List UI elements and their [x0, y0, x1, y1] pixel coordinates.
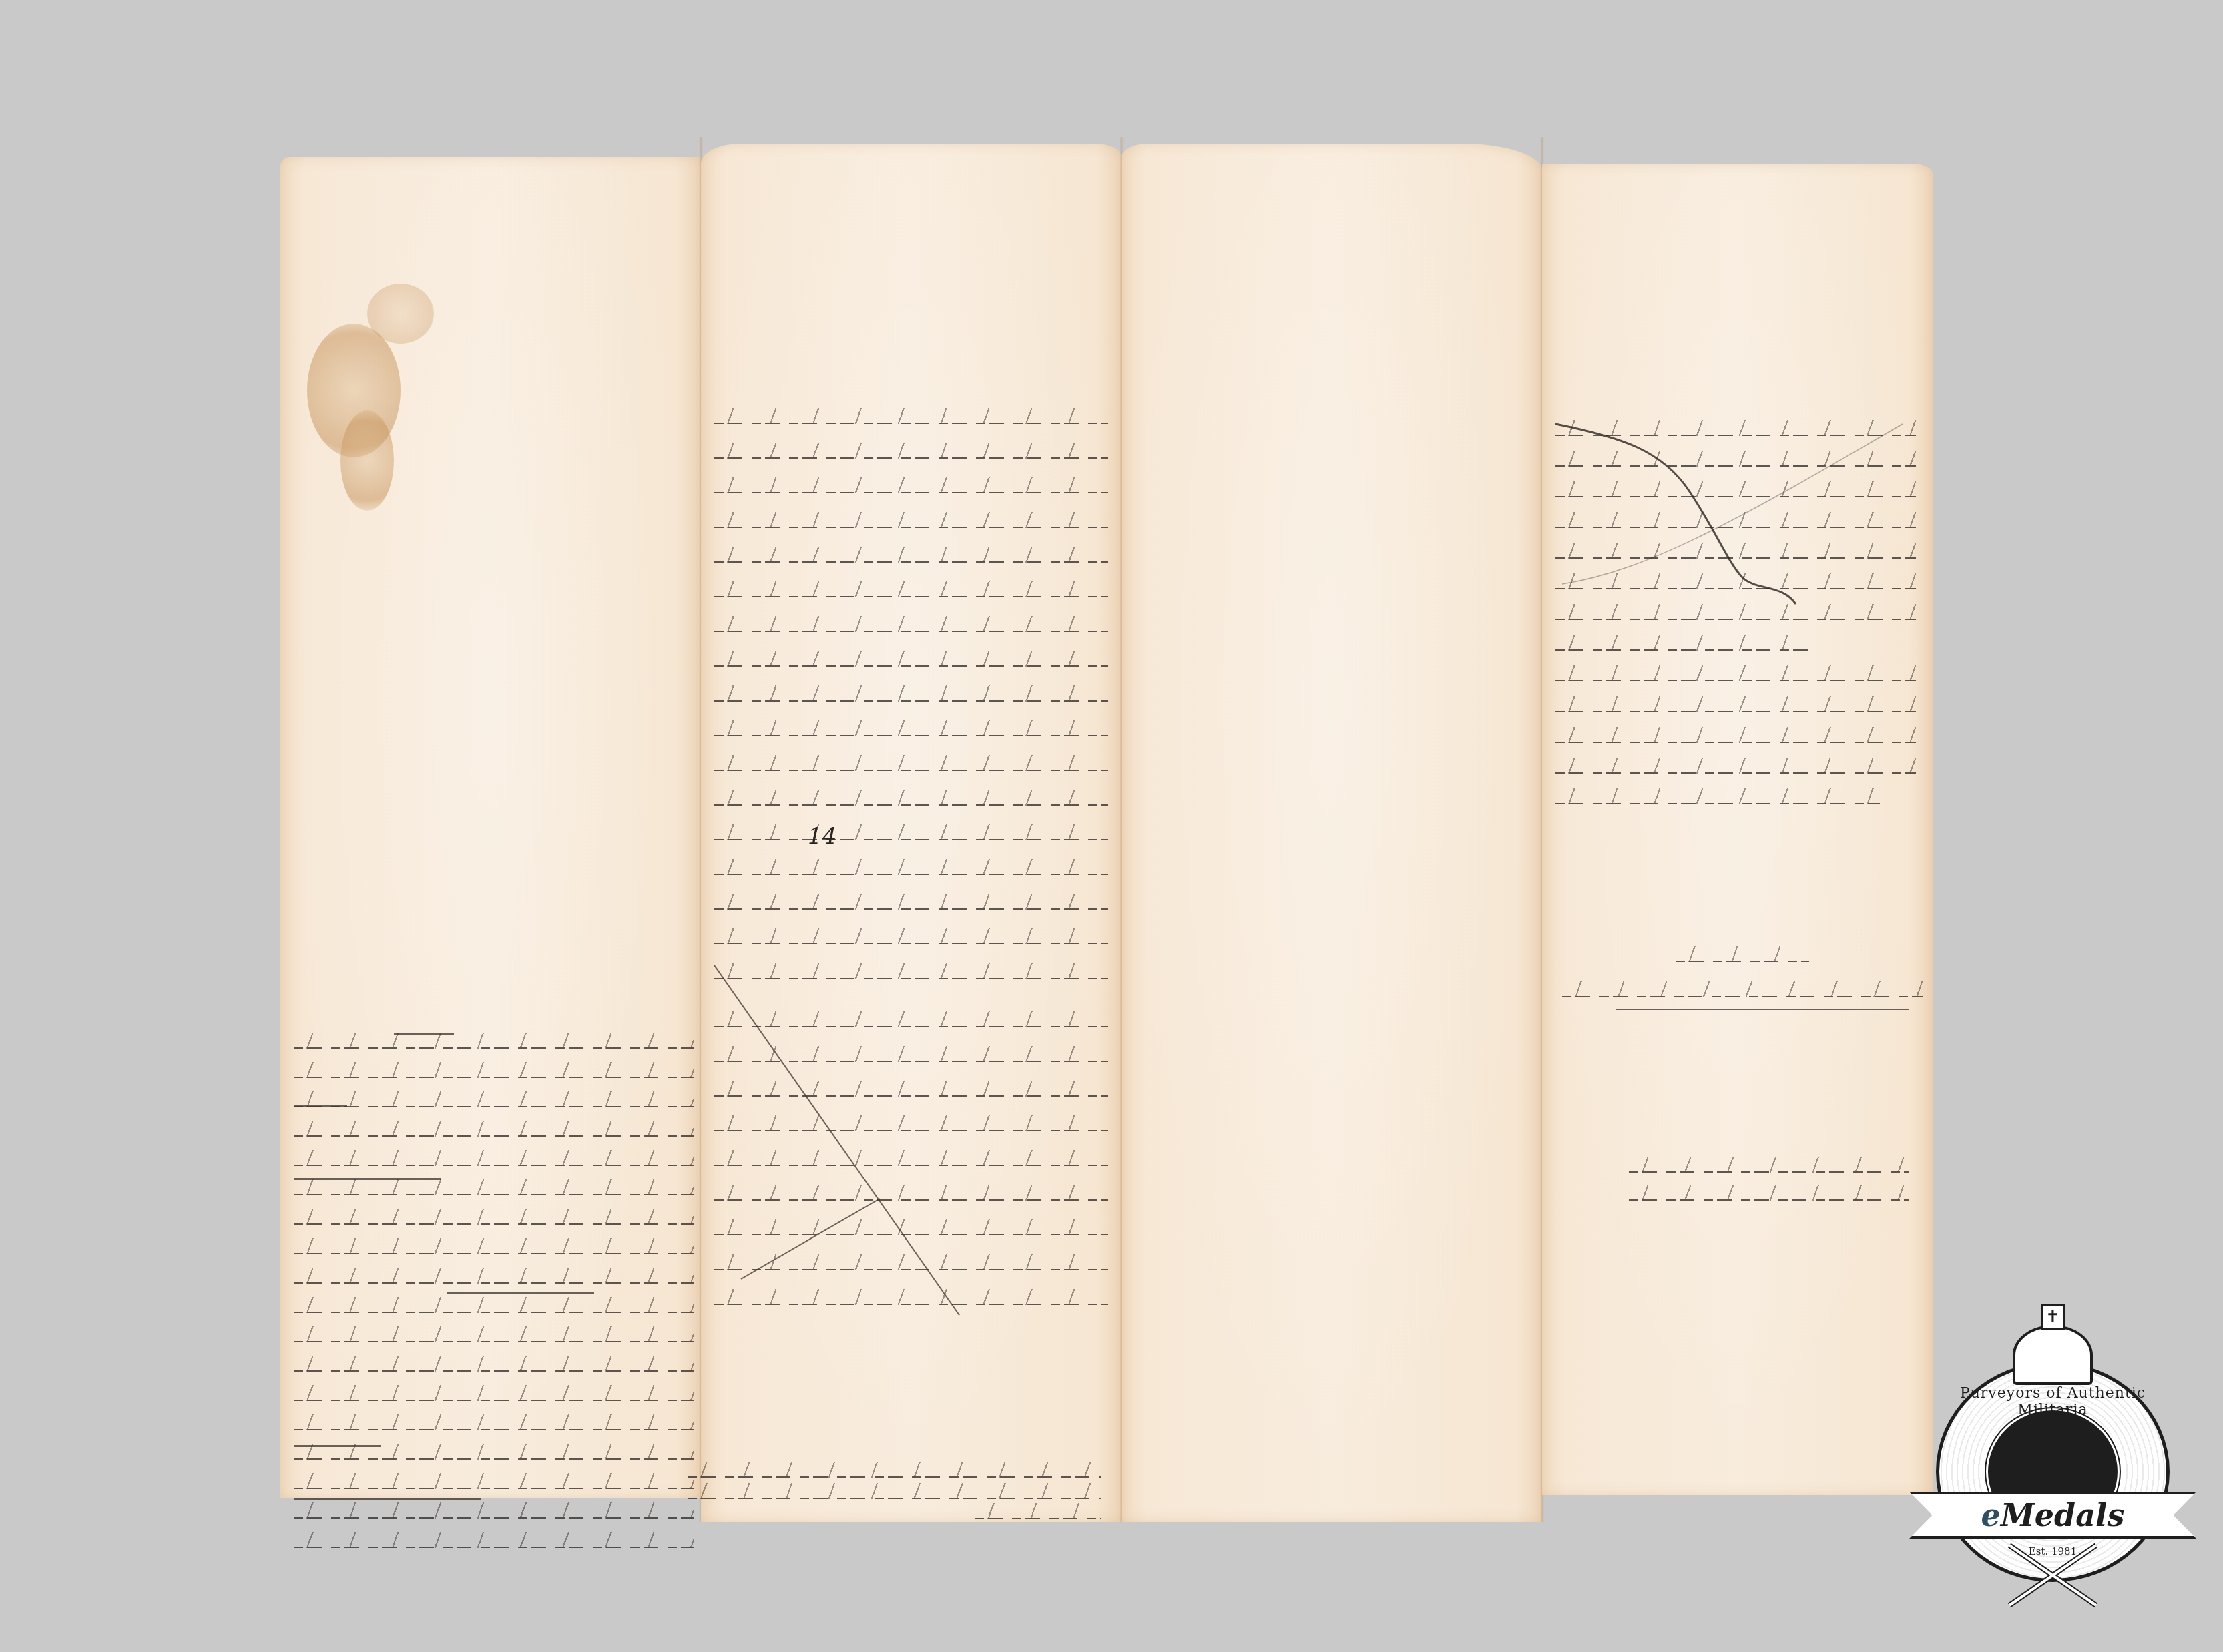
panel-1	[280, 157, 701, 1498]
panel-2-footer-note	[688, 1462, 1101, 1519]
strikethrough	[394, 1033, 454, 1035]
manuscript-sheet: 14	[280, 137, 1933, 1522]
signature	[1629, 1158, 1909, 1201]
legible-number-14: 14	[808, 823, 836, 850]
strikethrough	[294, 1178, 441, 1180]
panel-2: 14	[701, 144, 1122, 1522]
emedals-logo: ✝ Purveyors of Authentic Militaria eMeda…	[1909, 1298, 2196, 1612]
strikethrough	[1616, 1009, 1909, 1010]
cross-icon: ✝	[2041, 1304, 2065, 1330]
panel-1-text-block	[294, 1018, 694, 1548]
logo-motto: Purveyors of Authentic Militaria	[1956, 1385, 2150, 1418]
water-stain	[367, 284, 434, 344]
logo-ribbon: eMedals	[1909, 1492, 2196, 1539]
panel-3	[1122, 144, 1542, 1522]
strikethrough	[294, 1445, 381, 1447]
strikethrough	[447, 1292, 594, 1294]
strikethrough	[294, 1498, 481, 1500]
logo-brand: eMedals	[1981, 1497, 2125, 1533]
water-stain	[340, 410, 394, 511]
strikethrough	[294, 1105, 347, 1107]
crossed-swords-icon	[1996, 1539, 2110, 1612]
salutation	[1562, 941, 1923, 997]
panel-4	[1542, 164, 1933, 1495]
panel-2-text-block	[714, 390, 1108, 1305]
crown-icon	[2013, 1325, 2093, 1385]
wavy-cross-out-icon	[1542, 410, 1916, 611]
